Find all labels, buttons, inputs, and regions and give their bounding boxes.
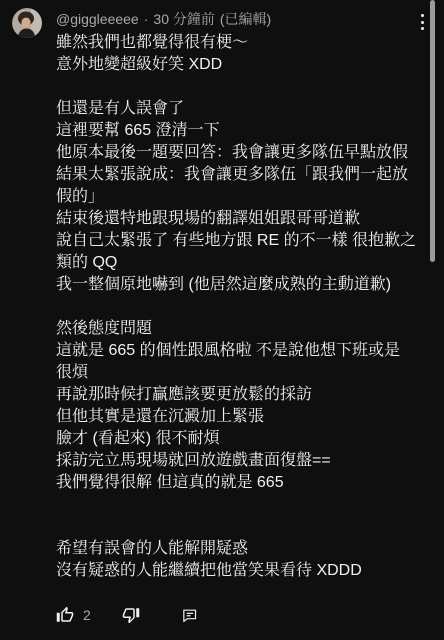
author-handle[interactable]: @giggleeeee — [56, 9, 139, 29]
comment-bubble-icon — [181, 607, 198, 624]
scrollbar-thumb[interactable] — [430, 0, 435, 262]
comment-content: @giggleeeee · 30 分鐘前 (已編輯) 雖然我們也都覺得很有梗～ … — [56, 6, 444, 626]
like-button[interactable]: 2 — [56, 606, 91, 624]
avatar[interactable] — [12, 8, 42, 38]
like-count: 2 — [83, 607, 91, 623]
thumbs-down-icon — [122, 606, 140, 624]
kebab-menu-icon — [421, 14, 424, 17]
comment-text: 雖然我們也都覺得很有梗～ 意外地變超級好笑 XDD 但還是有人誤會了 這裡要幫 … — [56, 32, 416, 582]
more-options-button[interactable] — [412, 10, 432, 34]
comment: @giggleeeee · 30 分鐘前 (已編輯) 雖然我們也都覺得很有梗～ … — [0, 0, 444, 626]
thumbs-up-icon — [56, 606, 74, 624]
comment-actions: 2 — [56, 604, 416, 626]
dislike-button[interactable] — [122, 606, 140, 624]
comment-thread-screen: @giggleeeee · 30 分鐘前 (已編輯) 雖然我們也都覺得很有梗～ … — [0, 0, 444, 640]
edited-label: (已編輯) — [220, 9, 271, 29]
user-avatar-icon — [12, 8, 42, 38]
comment-header: @giggleeeee · 30 分鐘前 (已編輯) — [56, 9, 416, 29]
reply-button[interactable] — [181, 607, 198, 624]
timestamp: 30 分鐘前 — [153, 9, 214, 29]
header-separator: · — [144, 9, 149, 29]
